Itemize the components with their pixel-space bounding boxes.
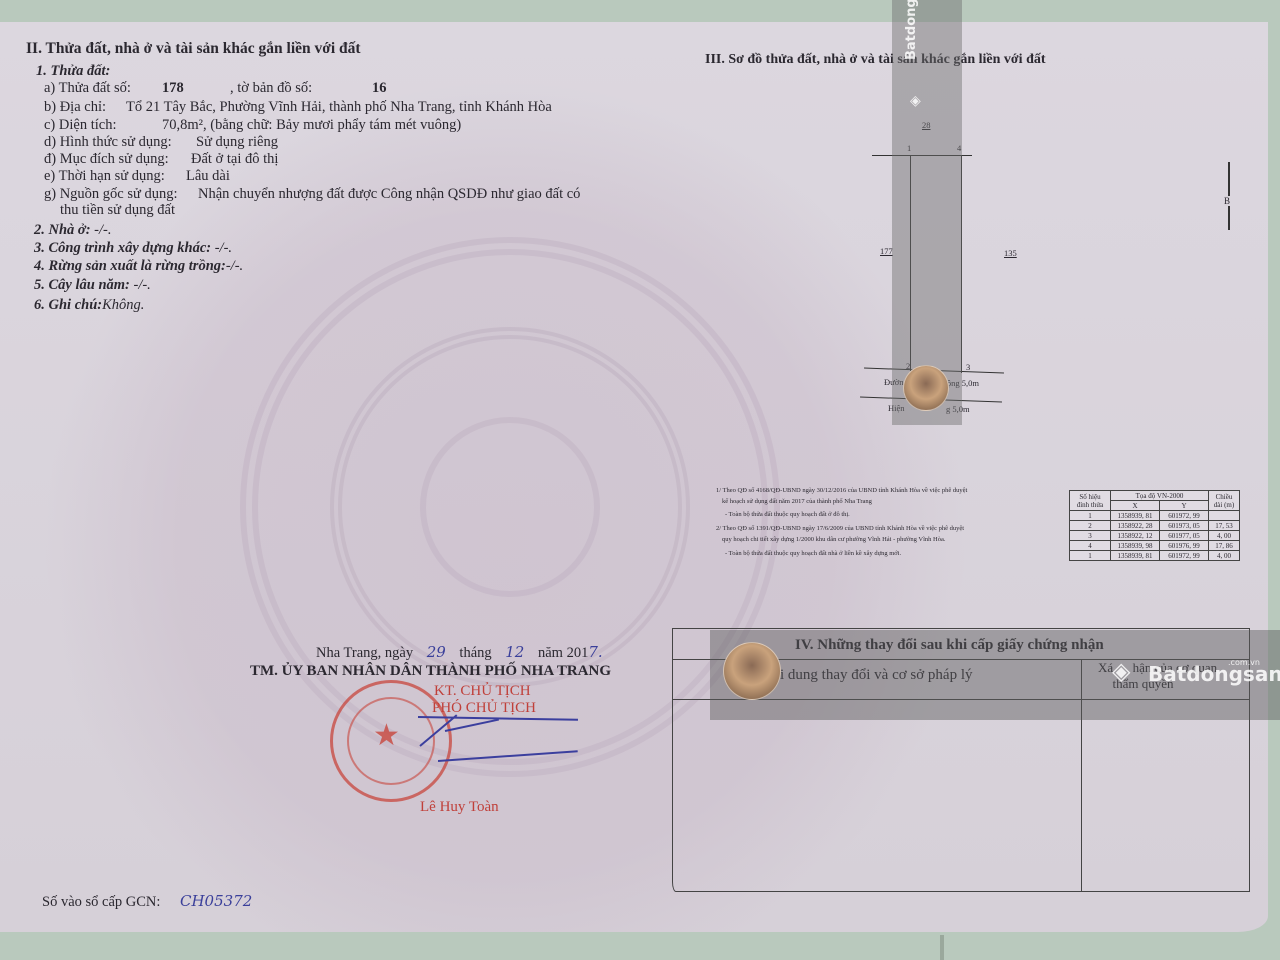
coordinates-cell-x: 1358939, 81 [1111, 551, 1160, 561]
watermark-brand: Batdongsan [1148, 662, 1280, 686]
signer-name: Lê Huy Toàn [420, 799, 499, 816]
coordinates-table: Số hiệu đỉnh thửa Tọa độ VN-2000 Chiều d… [1069, 490, 1240, 561]
coordinates-cell-len: 17, 53 [1209, 521, 1240, 531]
coordinates-cell-len: 17, 86 [1209, 541, 1240, 551]
registry-label: Số vào sổ cấp GCN: [42, 894, 160, 911]
north-label: B [1224, 196, 1230, 206]
coordinates-cell-y: 601972, 99 [1160, 551, 1209, 561]
floor-tile-seam [940, 935, 944, 960]
coordinates-cell-x: 1358939, 98 [1111, 541, 1160, 551]
purpose-label: đ) Mục đích sử dụng: [44, 151, 169, 168]
coordinates-row: 11358939, 81601972, 994, 00 [1070, 551, 1240, 561]
coordinates-cell-v: 4 [1070, 541, 1111, 551]
agent-avatar [723, 642, 781, 700]
authority-title: TM. ỦY BAN NHÂN DÂN THÀNH PHỐ NHA TRANG [250, 663, 611, 680]
other-works-value: -/-. [215, 240, 232, 256]
section3-title: III. Sơ đồ thửa đất, nhà ở và tài sản kh… [705, 52, 1046, 68]
coordinates-cell-x: 1358922, 12 [1111, 531, 1160, 541]
vertex-3: 3 [966, 362, 970, 372]
address-value: Tổ 21 Tây Bắc, Phường Vĩnh Hải, thành ph… [126, 99, 552, 116]
stamp-star-icon: ★ [373, 718, 400, 753]
coordinates-cell-len: 4, 00 [1209, 551, 1240, 561]
coordinates-row: 41358939, 98601976, 9917, 86 [1070, 541, 1240, 551]
parcel-label: a) Thửa đất số: [44, 80, 131, 97]
perennial-value: -/-. [134, 277, 151, 293]
year-handwritten: 7. [588, 643, 602, 661]
planning-note: kế hoạch sử dụng đất năm 2017 của thành … [722, 498, 872, 505]
origin-value-line2: thu tiền sử dụng đất [60, 202, 175, 219]
coordinates-cell-len [1209, 511, 1240, 521]
coordinates-cell-v: 3 [1070, 531, 1111, 541]
position-title: PHÓ CHỦ TỊCH [432, 700, 536, 717]
forest-value: -/-. [226, 258, 243, 274]
coordinates-cell-v: 1 [1070, 511, 1111, 521]
col-header-coordinates: Tọa độ VN-2000 [1111, 491, 1209, 501]
watermark-logo-icon: ◈ [1112, 657, 1130, 685]
house-label: 2. Nhà ở: [34, 222, 91, 238]
house-row: 2. Nhà ở: -/-. [34, 222, 111, 239]
watermark-logo-icon: ◈ [910, 93, 921, 109]
map-number: 16 [372, 80, 387, 97]
coordinates-cell-y: 601972, 99 [1160, 511, 1209, 521]
use-form-value: Sử dụng riêng [196, 134, 278, 151]
forest-label: 4. Rừng sản xuất là rừng trồng: [34, 258, 226, 274]
watermark-vertical-band [892, 0, 962, 425]
note-row: 6. Ghi chú:Không. [34, 297, 144, 314]
col-header-vertex: Số hiệu đỉnh thửa [1070, 491, 1111, 511]
coordinates-row: 11358939, 81601972, 99 [1070, 511, 1240, 521]
term-label: e) Thời hạn sử dụng: [44, 168, 165, 185]
perennial-row: 5. Cây lâu năm: -/-. [34, 277, 151, 294]
coordinates-cell-v: 2 [1070, 521, 1111, 531]
planning-note: - Toàn bộ thửa đất thuộc quy hoạch đất ở… [725, 511, 850, 518]
section2-title: II. Thửa đất, nhà ở và tài sản khác gắn … [26, 40, 361, 58]
place-date: Nha Trang, ngày 29 tháng 12 năm 2017. [316, 643, 603, 662]
coordinates-cell-y: 601973, 05 [1160, 521, 1209, 531]
note-label: 6. Ghi chú: [34, 297, 102, 313]
planning-note: 1/ Theo QĐ số 4168/QĐ-UBND ngày 30/12/20… [716, 487, 967, 494]
term-value: Lâu dài [186, 168, 230, 185]
planning-note: quy hoạch chi tiết xây dựng 1/2000 khu d… [722, 536, 945, 543]
coordinates-cell-v: 1 [1070, 551, 1111, 561]
on-behalf-title: KT. CHỦ TỊCH [434, 683, 531, 700]
planning-note: 2/ Theo QĐ số 1391/QĐ-UBND ngày 17/6/200… [716, 525, 964, 532]
coordinates-cell-len: 4, 00 [1209, 531, 1240, 541]
use-form-label: d) Hình thức sử dụng: [44, 134, 172, 151]
col-header-length: Chiều dài (m) [1209, 491, 1240, 511]
col-header-x: X [1111, 501, 1160, 511]
area-value: 70,8m², (bằng chữ: Bảy mươi phẩy tám mét… [162, 117, 461, 134]
bronze-drum-pattern-core [420, 417, 600, 597]
planning-note: - Toàn bộ thửa đất thuộc quy hoạch đất n… [725, 550, 901, 557]
forest-row: 4. Rừng sản xuất là rừng trồng:-/-. [34, 258, 243, 275]
watermark-brand-text: Batdongsan [904, 0, 919, 60]
map-label: , tờ bản đồ số: [230, 80, 312, 97]
purpose-value: Đất ở tại đô thị [191, 151, 278, 168]
year-label: năm 201 [538, 645, 588, 661]
coordinates-cell-x: 1358922, 28 [1111, 521, 1160, 531]
land-heading: 1. Thửa đất: [36, 63, 110, 80]
parcel-number: 178 [162, 80, 184, 97]
coordinates-row: 21358922, 28601973, 0517, 53 [1070, 521, 1240, 531]
place-date-prefix: Nha Trang, ngày [316, 645, 413, 661]
perennial-label: 5. Cây lâu năm: [34, 277, 130, 293]
coordinates-cell-x: 1358939, 81 [1111, 511, 1160, 521]
neighbor-parcel-left: 177 [880, 246, 893, 256]
house-value: -/-. [94, 222, 111, 238]
day-handwritten: 29 [427, 643, 446, 661]
neighbor-parcel-right: 135 [1004, 248, 1017, 258]
coordinates-cell-y: 601976, 99 [1160, 541, 1209, 551]
area-label: c) Diện tích: [44, 117, 116, 134]
address-label: b) Địa chỉ: [44, 99, 106, 116]
agent-avatar-small [903, 365, 949, 411]
watermark-brand-vertical: Batdongsan [904, 0, 919, 60]
other-works-row: 3. Công trình xây dựng khác: -/-. [34, 240, 232, 257]
note-value: Không. [102, 297, 144, 313]
origin-value-line1: Nhận chuyển nhượng đất được Công nhận QS… [198, 186, 580, 203]
month-label: tháng [459, 645, 491, 661]
watermark-domain-suffix: .com.vn [1228, 658, 1260, 667]
month-handwritten: 12 [505, 643, 524, 661]
origin-label: g) Nguồn gốc sử dụng: [44, 186, 178, 203]
coordinates-cell-y: 601977, 05 [1160, 531, 1209, 541]
coordinates-row: 31358922, 12601977, 054, 00 [1070, 531, 1240, 541]
col-header-y: Y [1160, 501, 1209, 511]
other-works-label: 3. Công trình xây dựng khác: [34, 240, 211, 256]
registry-number-handwritten: CH05372 [180, 892, 252, 910]
